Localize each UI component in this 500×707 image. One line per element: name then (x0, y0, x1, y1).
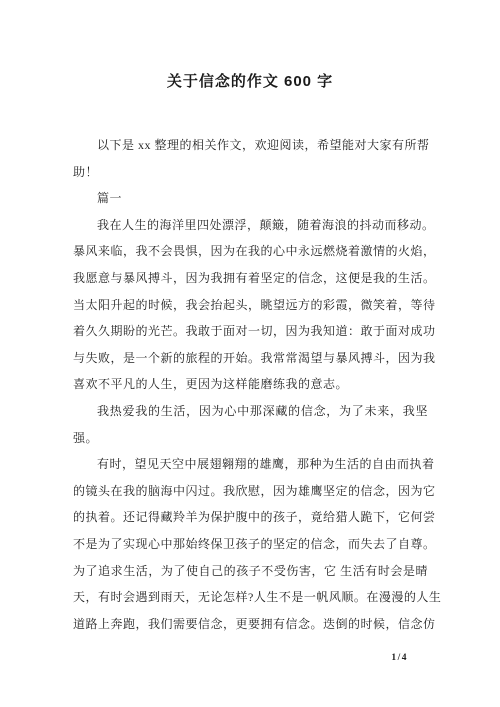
text-line: 为了追求生活，为了使自己的孩子不受伤害，它 生活有时会是晴 (73, 558, 428, 585)
text-line: 我愿意与暴风搏斗，因为我拥有着坚定的信念，这便是我的生活。 (73, 265, 428, 292)
text-line: 的镜头在我的脑海中闪过。我欣慰，因为雄鹰坚定的信念，因为它 (73, 478, 428, 505)
document-body: 以下是 xx 整理的相关作文，欢迎阅读，希望能对大家有所帮助！篇一我在人生的海洋… (73, 132, 428, 637)
text-line: 的执着。还记得藏羚羊为保护腹中的孩子，竟给猎人跪下，它何尝 (73, 504, 428, 531)
text-line: 以下是 xx 整理的相关作文，欢迎阅读，希望能对大家有所帮 (73, 132, 428, 159)
document-page: 关于信念的作文 600 字 以下是 xx 整理的相关作文，欢迎阅读，希望能对大家… (0, 0, 500, 707)
text-line: 与失败，是一个新的旅程的开始。我常常渴望与暴风搏斗，因为我 (73, 345, 428, 372)
text-line: 助！ (73, 159, 428, 186)
page-title: 关于信念的作文 600 字 (0, 70, 500, 91)
page-number: 1/4 (391, 653, 408, 663)
text-line: 有时，望见天空中展翅翱翔的雄鹰，那种为生活的自由而执着 (73, 451, 428, 478)
text-line: 我在人生的海洋里四处漂浮，颠簸，随着海浪的抖动而移动。 (73, 212, 428, 239)
text-line: 暴风来临，我不会畏惧，因为在我的心中永远燃烧着激情的火焰， (73, 238, 428, 265)
text-line: 着久久期盼的光芒。我敢于面对一切，因为我知道：敢于面对成功 (73, 318, 428, 345)
text-line: 我热爱我的生活，因为心中那深藏的信念，为了未来，我坚 (73, 398, 428, 425)
text-line: 不是为了实现心中那始终保卫孩子的坚定的信念，而失去了自尊。 (73, 531, 428, 558)
text-line: 天，有时会遇到雨天，无论怎样?人生不是一帆风顺。在漫漫的人生 (73, 584, 428, 611)
text-line: 喜欢不平凡的人生，更因为这样能磨练我的意志。 (73, 371, 428, 398)
text-line: 道路上奔跑，我们需要信念，更要拥有信念。迭倒的时候，信念仿 (73, 611, 428, 638)
text-line: 篇一 (73, 185, 428, 212)
text-line: 当太阳升起的时候，我会抬起头，眺望远方的彩霞，微笑着，等待 (73, 292, 428, 319)
text-line: 强。 (73, 425, 428, 452)
